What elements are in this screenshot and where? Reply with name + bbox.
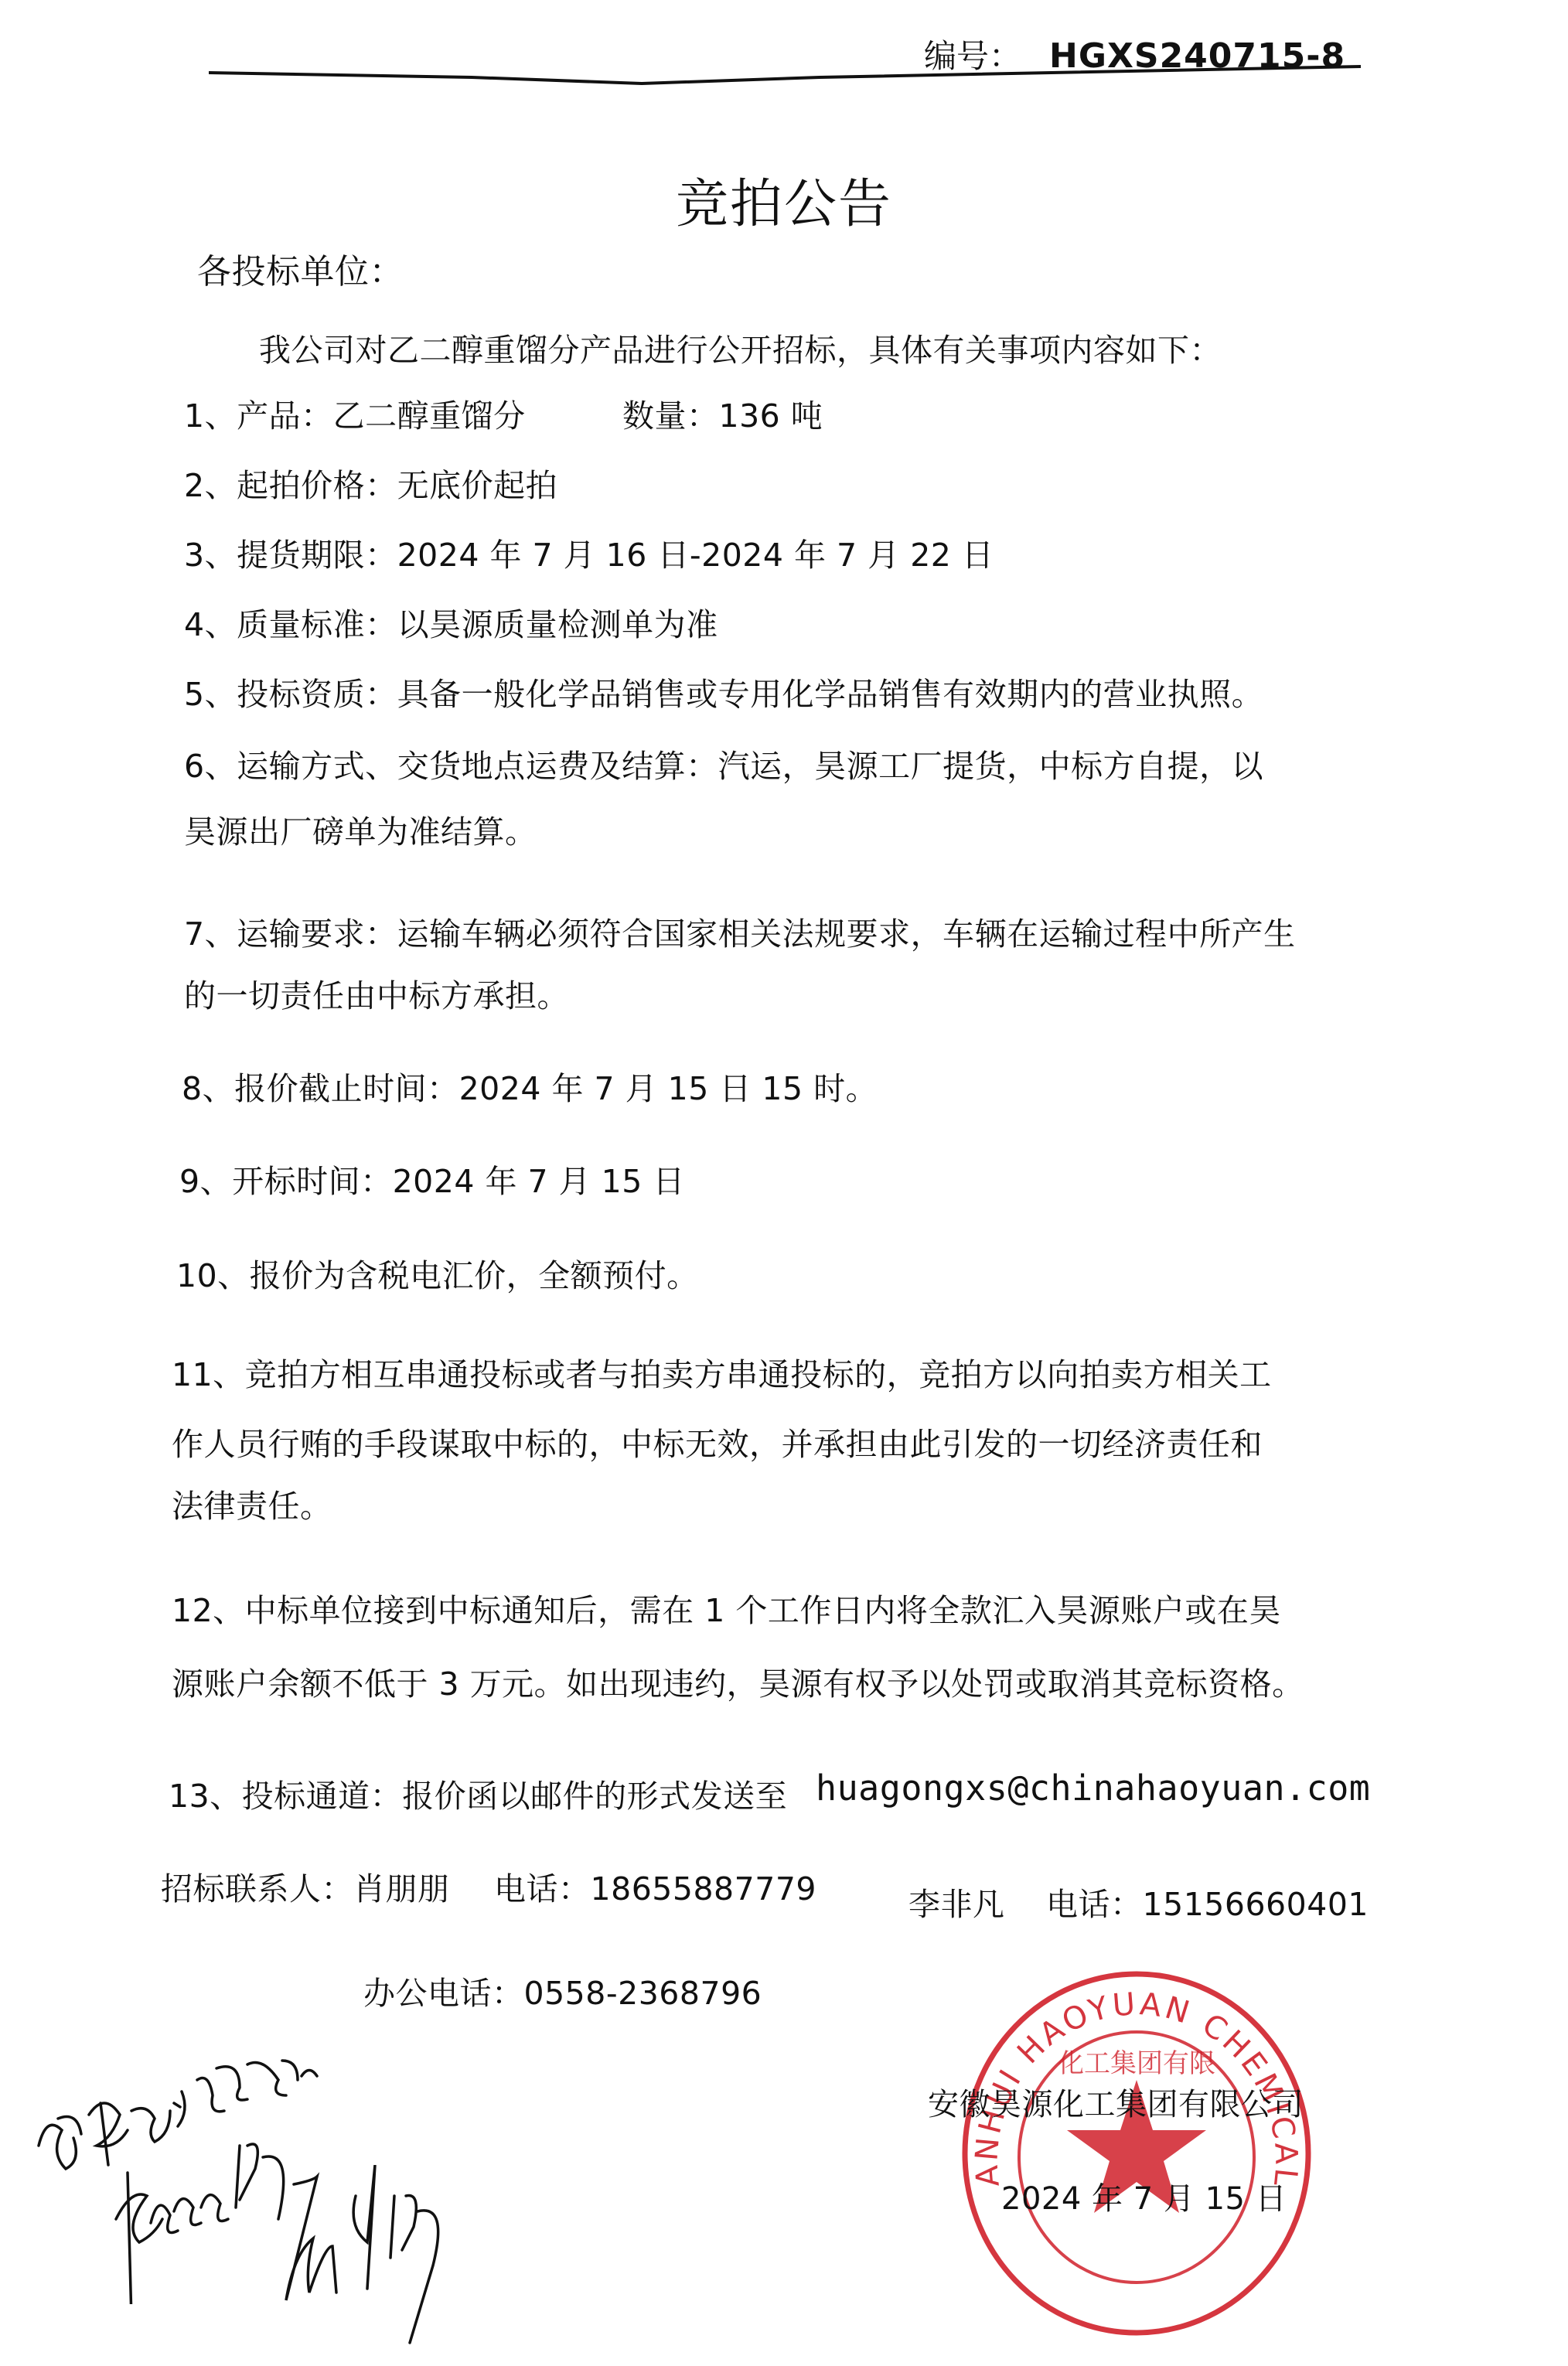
- item-9: 9、开标时间：2024 年 7 月 15 日: [179, 1156, 685, 1202]
- contact-person-1: 肖朋朋: [353, 1870, 450, 1907]
- contact-row-2: 李非凡 电话：15156660401: [908, 1879, 1369, 1925]
- item-1: 1、产品：乙二醇重馏分: [184, 390, 526, 436]
- header-rule: [209, 54, 1361, 85]
- office-phone: 0558-2368796: [524, 1975, 762, 2012]
- office-phone-row: 办公电话：0558-2368796: [363, 1968, 762, 2013]
- svg-text:化工集团有限: 化工集团有限: [1058, 2048, 1215, 2079]
- company-name: 安徽昊源化工集团有限公司: [928, 2080, 1304, 2124]
- item-6-line-1: 6、运输方式、交货地点运费及结算：汽运，昊源工厂提货，中标方自提，以: [184, 741, 1263, 786]
- signature-date: 2024 年 7 月 15 日: [1001, 2174, 1287, 2218]
- item-1-quantity: 数量：136 吨: [622, 390, 823, 436]
- phone-label-2: 电话：: [1046, 1886, 1143, 1923]
- item-12-line-2: 源账户余额不低于 3 万元。如出现违约，昊源有权予以处罚或取消其竞标资格。: [172, 1659, 1304, 1704]
- contact-phone-1: 18655887779: [591, 1870, 816, 1907]
- item-2: 2、起拍价格：无底价起拍: [184, 460, 557, 506]
- item-7-line-2: 的一切责任由中标方承担。: [184, 970, 569, 1016]
- handwritten-signature-2: [271, 2165, 518, 2366]
- item-13: 13、投标通道：报价函以邮件的形式发送至: [169, 1771, 787, 1816]
- item-5: 5、投标资质：具备一般化学品销售或专用化学品销售有效期内的营业执照。: [184, 669, 1263, 714]
- phone-label-1: 电话：: [494, 1870, 591, 1907]
- contact-person-2: 李非凡: [908, 1886, 1005, 1923]
- page-title: 竞拍公告: [0, 162, 1568, 237]
- office-phone-label: 办公电话：: [363, 1975, 524, 2012]
- company-seal: ANHUI HAOYUAN CHEMICAL GROUP CO.,LTD. 化工…: [955, 1964, 1318, 2343]
- contact-row-1: 招标联系人：肖朋朋 电话：18655887779: [161, 1863, 816, 1909]
- item-11-line-1: 11、竞拍方相互串通投标或者与拍卖方串通投标的，竞拍方以向拍卖方相关工: [172, 1349, 1272, 1395]
- item-7-line-1: 7、运输要求：运输车辆必须符合国家相关法规要求，车辆在运输过程中所产生: [184, 909, 1296, 954]
- item-4: 4、质量标准：以昊源质量检测单为准: [184, 599, 718, 645]
- item-3: 3、提货期限：2024 年 7 月 16 日-2024 年 7 月 22 日: [184, 530, 994, 575]
- contact-label: 招标联系人：: [161, 1870, 353, 1907]
- item-6-line-2: 昊源出厂磅单为准结算。: [184, 806, 537, 852]
- item-11-line-3: 法律责任。: [172, 1481, 332, 1526]
- item-12-line-1: 12、中标单位接到中标通知后，需在 1 个工作日内将全款汇入昊源账户或在昊: [172, 1585, 1281, 1631]
- item-8: 8、报价截止时间：2024 年 7 月 15 日 15 时。: [182, 1063, 878, 1109]
- intro-paragraph: 我公司对乙二醇重馏分产品进行公开招标，具体有关事项内容如下：: [259, 325, 1222, 370]
- email-link[interactable]: huagongxs@chinahaoyuan.com: [816, 1768, 1370, 1809]
- item-10: 10、报价为含税电汇价，全额预付。: [176, 1250, 699, 1296]
- item-11-line-2: 作人员行贿的手段谋取中标的，中标无效，并承担由此引发的一切经济责任和: [172, 1419, 1263, 1464]
- contact-phone-2: 15156660401: [1143, 1886, 1369, 1923]
- salutation: 各投标单位：: [197, 244, 404, 293]
